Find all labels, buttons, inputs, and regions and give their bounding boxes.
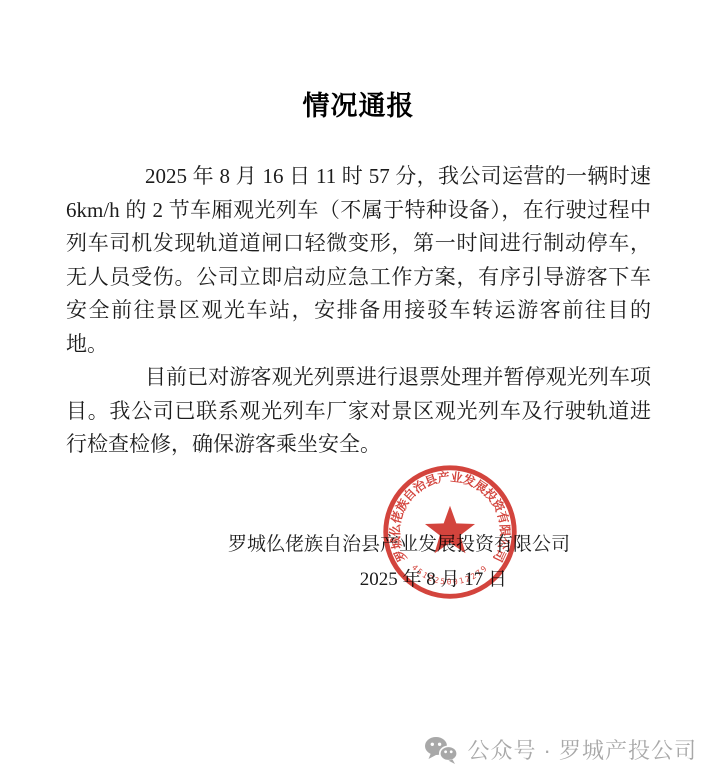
signature-company: 罗城仫佬族自治县产业发展投资有限公司 [228,531,570,558]
footer-account-label: 公众号 · 罗城产投公司 [467,734,697,765]
paragraph-1: 2025 年 8 月 16 日 11 时 57 分，我公司运营的一辆时速 6km… [66,160,651,361]
document-body: 2025 年 8 月 16 日 11 时 57 分，我公司运营的一辆时速 6km… [66,160,651,462]
notice-document: 情况通报 2025 年 8 月 16 日 11 时 57 分，我公司运营的一辆时… [0,0,717,779]
paragraph-2: 目前已对游客观光列票进行退票处理并暂停观光列车项目。我公司已联系观光列车厂家对景… [66,361,651,462]
footer: 公众号 · 罗城产投公司 [424,734,697,765]
signature-date: 2025 年 8 月 17 日 [360,566,507,593]
page-title: 情况通报 [0,84,717,123]
wechat-icon [424,735,458,765]
